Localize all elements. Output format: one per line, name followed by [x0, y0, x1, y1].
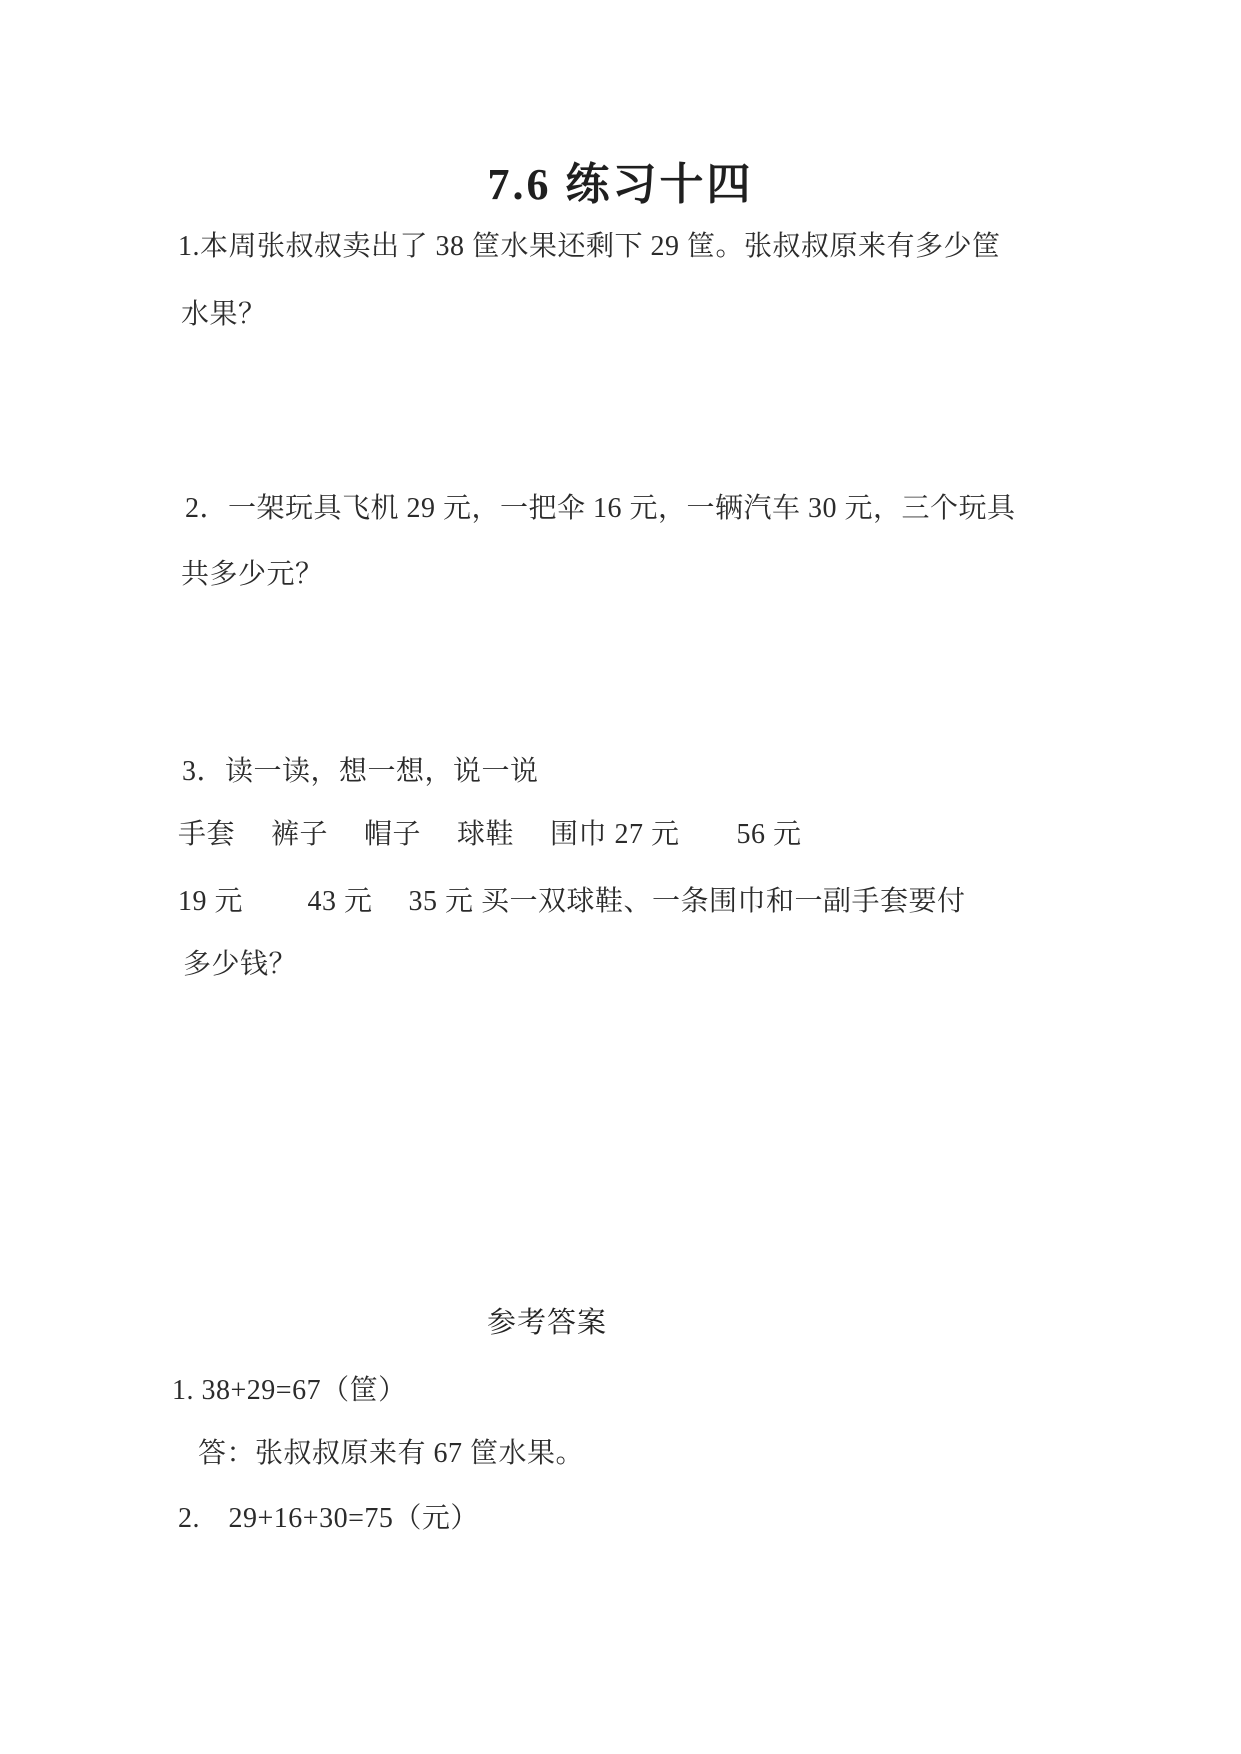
answer-2-equation: 2. 29+16+30=75（元）: [178, 1502, 479, 1536]
problem-2-line-2: 共多少元？: [181, 558, 324, 592]
problem-3-line-1: 3．读一读，想一想，说一说: [182, 755, 539, 789]
worksheet-page: 7.6 练习十四 1.本周张叔叔卖出了 38 筐水果还剩下 29 筐。张叔叔原来…: [0, 0, 1241, 1754]
page-title: 7.6 练习十四: [0, 148, 1241, 212]
answer-1-statement: 答：张叔叔原来有 67 筐水果。: [198, 1437, 584, 1471]
answers-heading: 参考答案: [487, 1306, 607, 1340]
problem-3-items-row-1: 手套 裤子 帽子 球鞋 围巾 27 元 56 元: [178, 818, 802, 852]
problem-1-line-1: 1.本周张叔叔卖出了 38 筐水果还剩下 29 筐。张叔叔原来有多少筐: [178, 230, 1001, 264]
problem-2-line-1: 2．一架玩具飞机 29 元，一把伞 16 元，一辆汽车 30 元，三个玩具: [185, 492, 1016, 526]
answer-1-equation: 1. 38+29=67（筐）: [172, 1374, 407, 1408]
problem-3-line-4: 多少钱？: [183, 948, 297, 982]
problem-3-items-row-2: 19 元 43 元 35 元 买一双球鞋、一条围巾和一副手套要付: [178, 885, 966, 919]
problem-1-line-2: 水果？: [181, 298, 267, 332]
